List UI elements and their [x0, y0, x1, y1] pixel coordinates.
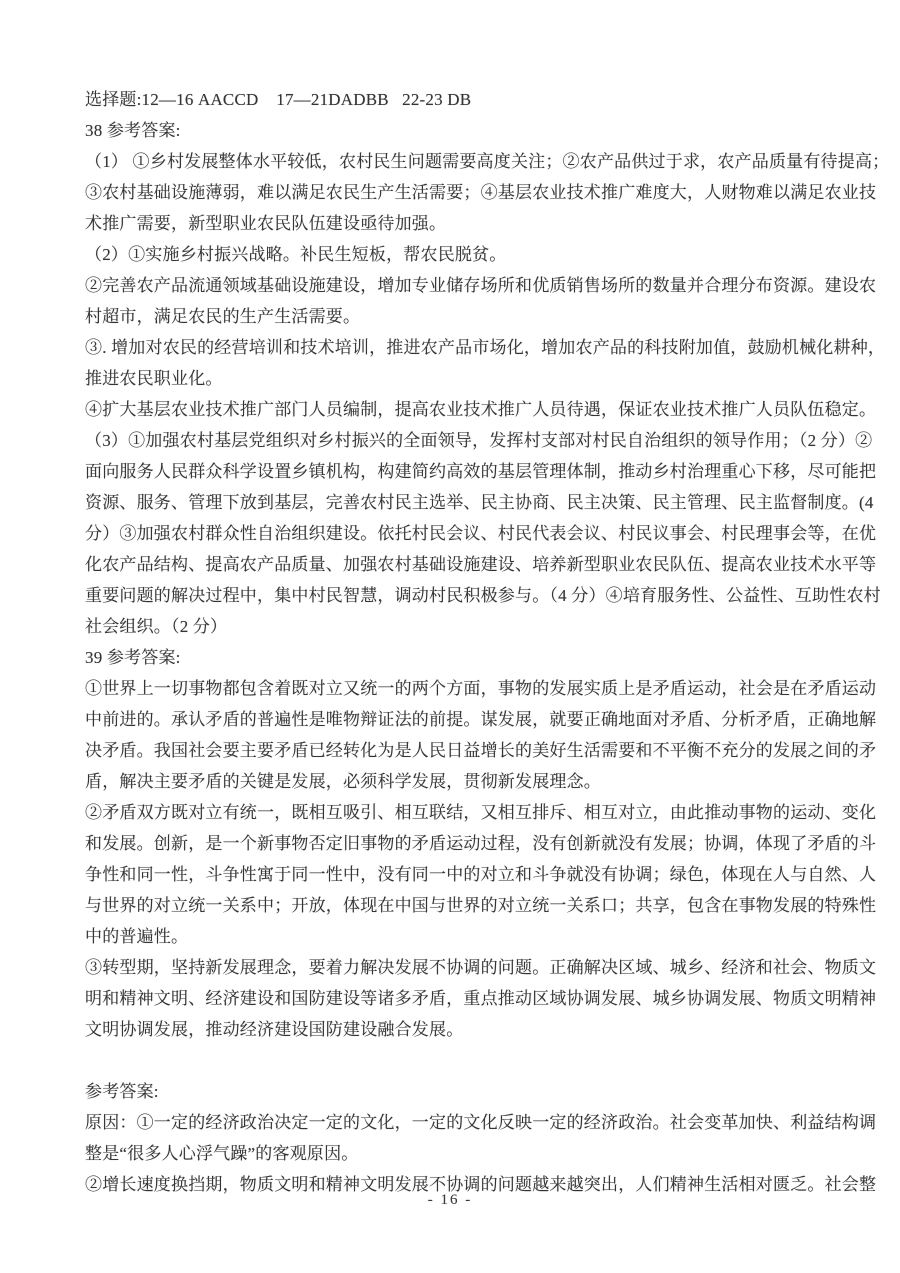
- text-line: 资源、服务、管理下放到基层，完善农村民主选举、民主协商、民主决策、民主管理、民主…: [85, 487, 830, 518]
- text-line: 和发展。创新，是一个新事物否定旧事物的矛盾运动过程，没有创新就没有发展；协调，体…: [85, 828, 830, 859]
- text-line: 争性和同一性，斗争性寓于同一性中，没有同一中的对立和斗争就没有协调；绿色，体现在…: [85, 859, 830, 890]
- text-line: （1） ①乡村发展整体水平较低，农村民生问题需要高度关注；②农产品供过于求，农产…: [85, 146, 830, 177]
- text-line: ①世界上一切事物都包含着既对立又统一的两个方面，事物的发展实质上是矛盾运动，社会…: [85, 673, 830, 704]
- text-line: 社会组织。（2 分）: [85, 611, 830, 642]
- text-line: ②矛盾双方既对立有统一，既相互吸引、相互联结，又相互排斥、相互对立，由此推动事物…: [85, 797, 830, 828]
- text-line: 明和精神文明、经济建设和国防建设等诸多矛盾，重点推动区域协调发展、城乡协调发展、…: [85, 983, 830, 1014]
- text-line: 术推广需要，新型职业农民队伍建设亟待加强。: [85, 208, 830, 239]
- text-line: 分）③加强农村群众性自治组织建设。依托村民会议、村民代表会议、村民议事会、村民理…: [85, 518, 830, 549]
- text-line: 中的普遍性。: [85, 921, 830, 952]
- text-line: ③. 增加对农民的经营培训和技术培训，推进农产品市场化，增加农产品的科技附加值，…: [85, 332, 830, 363]
- text-line: ③转型期，坚持新发展理念，要着力解决发展不协调的问题。正确解决区域、城乡、经济和…: [85, 952, 830, 983]
- text-line: 39 参考答案:: [85, 642, 830, 673]
- text-line: 38 参考答案:: [85, 115, 830, 146]
- text-line: （3）①加强农村基层党组织对乡村振兴的全面领导，发挥村支部对村民自治组织的领导作…: [85, 425, 830, 456]
- text-line: 化农产品结构、提高农产品质量、加强农村基础设施建设、培养新型职业农民队伍、提高农…: [85, 549, 830, 580]
- text-line: ④扩大基层农业技术推广部门人员编制，提高农业技术推广人员待遇，保证农业技术推广人…: [85, 394, 830, 425]
- text-line: 参考答案:: [85, 1076, 830, 1107]
- document-body: 选择题:12—16 AACCD 17—21DADBB 22-23 DB38 参考…: [85, 84, 830, 1200]
- text-line: 盾，解决主要矛盾的关键是发展，必须科学发展，贯彻新发展理念。: [85, 766, 830, 797]
- text-line: 整是“很多人心浮气躁”的客观原因。: [85, 1138, 830, 1169]
- document-page: 选择题:12—16 AACCD 17—21DADBB 22-23 DB38 参考…: [0, 0, 900, 1273]
- text-line: （2）①实施乡村振兴战略。补民生短板，帮农民脱贫。: [85, 239, 830, 270]
- text-line: 决矛盾。我国社会要主要矛盾已经转化为是人民日益增长的美好生活需要和不平衡不充分的…: [85, 735, 830, 766]
- text-line: 重要问题的解决过程中，集中村民智慧，调动村民积极参与。（4 分）④培育服务性、公…: [85, 580, 830, 611]
- text-line: 中前进的。承认矛盾的普遍性是唯物辩证法的前提。谋发展，就要正确地面对矛盾、分析矛…: [85, 704, 830, 735]
- text-line: 文明协调发展，推动经济建设国防建设融合发展。: [85, 1014, 830, 1045]
- text-line: 原因：①一定的经济政治决定一定的文化，一定的文化反映一定的经济政治。社会变革加快…: [85, 1107, 830, 1138]
- text-line: 推进农民职业化。: [85, 363, 830, 394]
- text-line: 面向服务人民群众科学设置乡镇机构，构建简约高效的基层管理体制，推动乡村治理重心下…: [85, 456, 830, 487]
- text-line: 村超市，满足农民的生产生活需要。: [85, 301, 830, 332]
- page-number: - 16 -: [0, 1192, 900, 1209]
- blank-line: [85, 1045, 830, 1076]
- text-line: 选择题:12—16 AACCD 17—21DADBB 22-23 DB: [85, 84, 830, 115]
- text-line: ③农村基础设施薄弱，难以满足农民生产生活需要；④基层农业技术推广难度大，人财物难…: [85, 177, 830, 208]
- text-line: 与世界的对立统一关系中；开放，体现在中国与世界的对立统一关系口；共享，包含在事物…: [85, 890, 830, 921]
- text-line: ②完善农产品流通领域基础设施建设，增加专业储存场所和优质销售场所的数量并合理分布…: [85, 270, 830, 301]
